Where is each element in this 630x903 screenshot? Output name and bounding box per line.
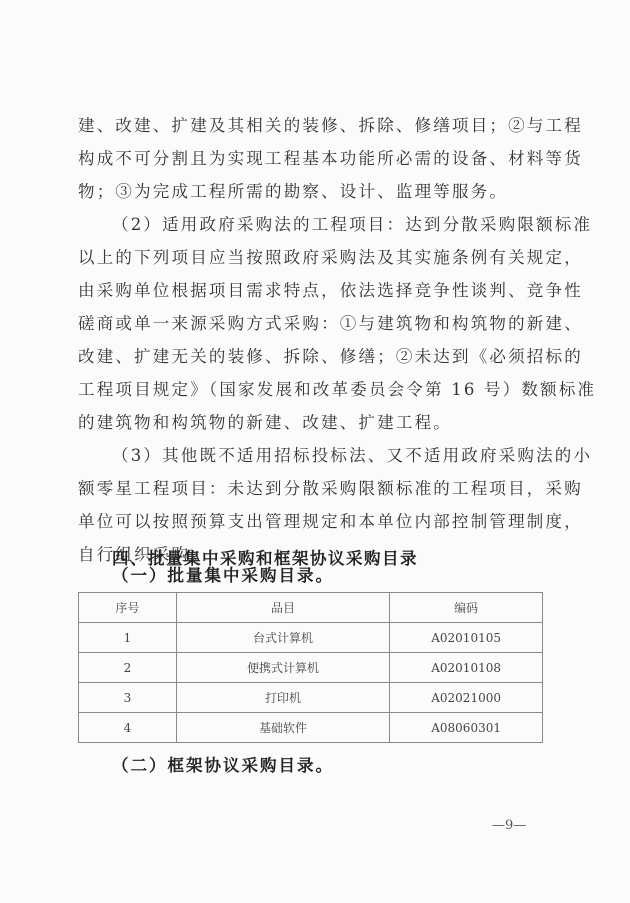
cell-item: 打印机 xyxy=(176,683,389,713)
cell-item: 基础软件 xyxy=(176,713,389,743)
paragraph-line: 以上的下列项目应当按照政府采购法及其实施条例有关规定， xyxy=(78,248,544,268)
cell-code: A02021000 xyxy=(390,683,543,713)
paragraph-line: 由采购单位根据项目需求特点，依法选择竞争性谈判、竞争性 xyxy=(78,281,544,301)
cell-index: 1 xyxy=(79,623,177,653)
paragraph-line: 磋商或单一来源采购方式采购：①与建筑物和构筑物的新建、 xyxy=(78,314,544,334)
paragraph-line: （2）适用政府采购法的工程项目：达到分散采购限额标准 xyxy=(112,215,544,235)
paragraph-line: 物；③为完成工程所需的勘察、设计、监理等服务。 xyxy=(78,182,544,202)
subsection-heading-batch: （一）批量集中采购目录。 xyxy=(112,566,544,586)
cell-index: 3 xyxy=(79,683,177,713)
paragraph-line: 的建筑物和构筑物的新建、改建、扩建工程。 xyxy=(78,413,544,433)
page-number: —9— xyxy=(492,818,526,833)
cell-item: 台式计算机 xyxy=(176,623,389,653)
column-header-index: 序号 xyxy=(79,593,177,623)
table-row: 3 打印机 A02021000 xyxy=(79,683,543,713)
cell-index: 2 xyxy=(79,653,177,683)
column-header-item: 品目 xyxy=(176,593,389,623)
table-row: 1 台式计算机 A02010105 xyxy=(79,623,543,653)
cell-item: 便携式计算机 xyxy=(176,653,389,683)
paragraph-line: 建、改建、扩建及其相关的装修、拆除、修缮项目；②与工程 xyxy=(78,116,544,136)
paragraph-line: 构成不可分割且为实现工程基本功能所必需的设备、材料等货 xyxy=(78,149,544,169)
cell-code: A08060301 xyxy=(390,713,543,743)
document-page: 建、改建、扩建及其相关的装修、拆除、修缮项目；②与工程 构成不可分割且为实现工程… xyxy=(0,0,630,903)
subsection-heading-framework: （二）框架协议采购目录。 xyxy=(112,756,544,776)
table-row: 2 便携式计算机 A02010108 xyxy=(79,653,543,683)
paragraph-line: 单位可以按照预算支出管理规定和本单位内部控制管理制度， xyxy=(78,512,544,532)
paragraph-line: 改建、扩建无关的装修、拆除、修缮；②未达到《必须招标的 xyxy=(78,347,544,367)
batch-procurement-table: 序号 品目 编码 1 台式计算机 A02010105 2 便携式计算机 A020… xyxy=(78,592,543,743)
paragraph-line: （3）其他既不适用招标投标法、又不适用政府采购法的小 xyxy=(112,446,544,466)
cell-index: 4 xyxy=(79,713,177,743)
cell-code: A02010108 xyxy=(390,653,543,683)
paragraph-line: 工程项目规定》（国家发展和改革委员会令第 16 号）数额标准 xyxy=(78,380,544,400)
paragraph-line: 额零星工程项目：未达到分散采购限额标准的工程项目，采购 xyxy=(78,479,544,499)
table-header-row: 序号 品目 编码 xyxy=(79,593,543,623)
cell-code: A02010105 xyxy=(390,623,543,653)
column-header-code: 编码 xyxy=(390,593,543,623)
table-row: 4 基础软件 A08060301 xyxy=(79,713,543,743)
